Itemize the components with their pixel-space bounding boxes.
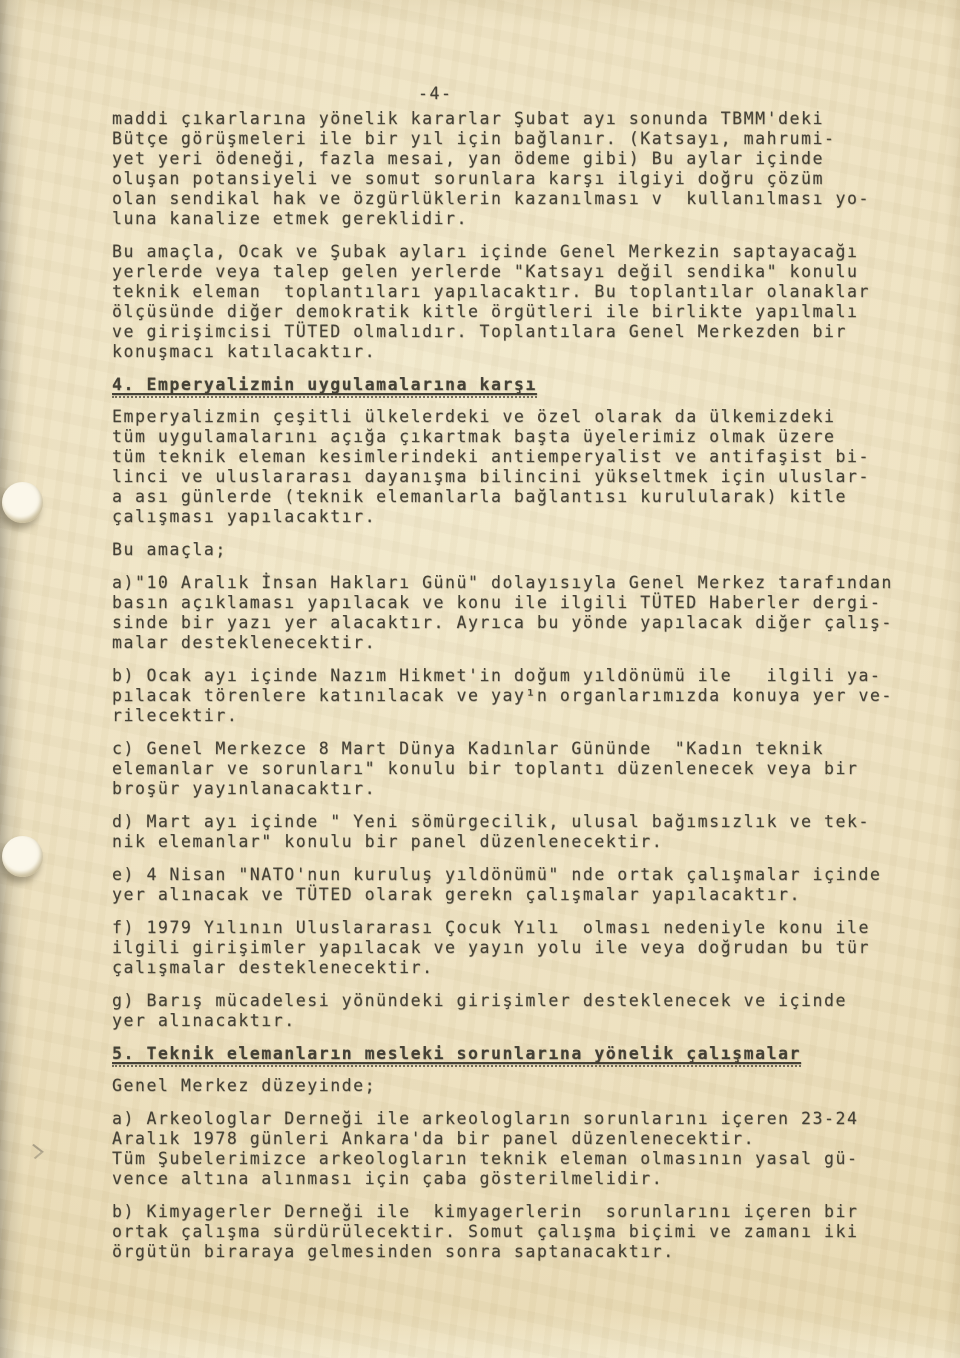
list-item-4e: e) 4 Nisan "NATO'nun kuruluş yıldönümü" … — [112, 865, 940, 905]
paragraph-union-meetings: Bu amaçla, Ocak ve Şubak ayları içinde G… — [112, 242, 940, 362]
scanned-document-page: -4- maddi çıkarlarına yönelik kararlar Ş… — [0, 0, 960, 1358]
section-4-lead-in: Bu amaçla; — [112, 540, 940, 560]
section-5-lead-in: Genel Merkez düzeyinde; — [112, 1076, 940, 1096]
list-item-5b: b) Kimyagerler Derneği ile kimyagerlerin… — [112, 1202, 940, 1262]
list-item-4d: d) Mart ayı içinde " Yeni sömürgecilik, … — [112, 812, 940, 852]
section-5-heading: 5. Teknik elemanların mesleki sorunların… — [112, 1044, 940, 1064]
section-5-heading-text: 5. Teknik elemanların mesleki sorunların… — [112, 1044, 801, 1067]
list-item-4f: f) 1979 Yılının Uluslararası Çocuk Yılı … — [112, 918, 940, 978]
typewritten-text-block: -4- maddi çıkarlarına yönelik kararlar Ş… — [112, 84, 940, 1275]
hole-punch-icon — [2, 482, 43, 523]
list-item-4g: g) Barış mücadelesi yönündeki girişimler… — [112, 991, 940, 1031]
pen-mark — [25, 1144, 44, 1159]
paragraph-budget-negotiations: maddi çıkarlarına yönelik kararlar Şubat… — [112, 109, 940, 229]
list-item-5a: a) Arkeologlar Derneği ile arkeologların… — [112, 1109, 940, 1189]
list-item-4c: c) Genel Merkezce 8 Mart Dünya Kadınlar … — [112, 739, 940, 799]
section-4-heading-text: 4. Emperyalizmin uygulamalarına karşı — [112, 375, 537, 398]
list-item-4a: a)"10 Aralık İnsan Hakları Günü" dolayıs… — [112, 573, 940, 653]
page-number: -4- — [418, 84, 940, 104]
hole-punch-icon — [2, 836, 43, 877]
section-4-heading: 4. Emperyalizmin uygulamalarına karşı — [112, 375, 940, 395]
section-4-body: Emperyalizmin çeşitli ülkelerdeki ve öze… — [112, 407, 940, 527]
list-item-4b: b) Ocak ayı içinde Nazım Hikmet'in doğum… — [112, 666, 940, 726]
